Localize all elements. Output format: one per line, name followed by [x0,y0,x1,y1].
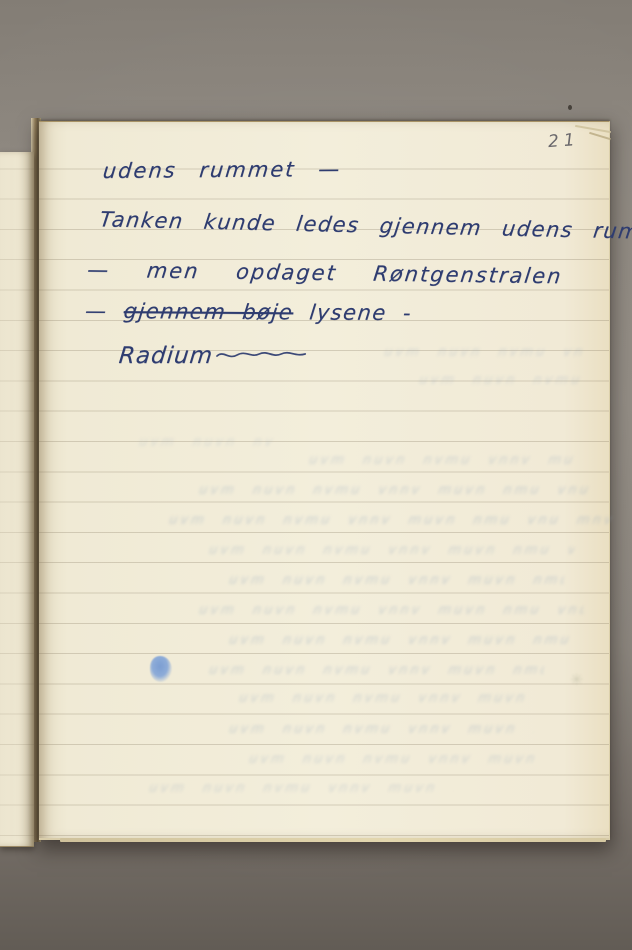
notebook-page: 21 udens rummet — Tanken kunde ledes gje… [39,121,610,840]
dust-speck [568,105,572,110]
bleedthrough-row: uvm nuvn nvmu vnnv muvn nmu vnu mnvu nvm… [228,722,536,739]
bleedthrough-row: uvm nuvn nvmu vnnv muvn nmu vnu mnvu nvm… [248,752,536,769]
handwriting-line-2: Tanken kunde ledes gjennem udens rummet [98,207,632,244]
page-stack-edge [589,132,610,140]
bleedthrough-row: uvm nuvn nvmu vnnv muvn nmu vnu mnvu nvm… [208,663,546,680]
bleedthrough-row: uvm nuvn nvmu vnnv muvn nmu vnu mnvu nvm… [198,483,596,500]
handwriting-line-1: udens rummet — [102,157,343,183]
bleedthrough-row: uvm nuvn nvmu vnnv muvn nmu vnu mnvu nvm… [168,513,616,530]
bleedthrough-row: uvm nuvn nvmu vnnv muvn nmu vnu mnvu nvm… [138,435,276,452]
under-sheet-edge [60,838,606,842]
bleedthrough-row: uvm nuvn nvmu vnnv muvn nmu vnu mnvu nvm… [418,373,586,390]
bleedthrough-row: uvm nuvn nvmu vnnv muvn nmu vnu mnvu nvm… [228,573,566,590]
bleedthrough-row: uvm nuvn nvmu vnnv muvn nmu vnu mnvu nvm… [228,633,576,650]
ink-flourish [215,347,308,361]
page-stack-edge [575,125,611,133]
bleedthrough-row: uvm nuvn nvmu vnnv muvn nmu vnu mnvu nvm… [383,345,586,362]
handwriting-text: lysene - [308,300,413,325]
pencil-mark: ✳ [570,670,583,689]
ink-smudge [150,656,172,682]
dash: — [84,299,109,323]
handwriting-line-4: — gjennem bøje lysene - [84,299,414,325]
handwriting-text: Radium [118,343,215,369]
bleedthrough-row: uvm nuvn nvmu vnnv muvn nmu vnu mnvu nvm… [308,453,576,470]
strikethrough-text: gjennem bøje [122,299,294,324]
handwriting-line-3: — men opdaget Røntgenstralen [86,258,564,289]
bleedthrough-row: uvm nuvn nvmu vnnv muvn nmu vnu mnvu nvm… [208,543,576,560]
bleedthrough-row: uvm nuvn nvmu vnnv muvn nmu vnu mnvu nvm… [238,691,536,708]
bleedthrough-row: uvm nuvn nvmu vnnv muvn nmu vnu mnvu nvm… [198,603,586,620]
facing-page-edge [0,152,34,847]
page-number: 21 [547,130,580,152]
handwriting-line-5: Radium [118,343,309,369]
bleedthrough-row: uvm nuvn nvmu vnnv muvn nmu vnu mnvu nvm… [148,781,456,798]
